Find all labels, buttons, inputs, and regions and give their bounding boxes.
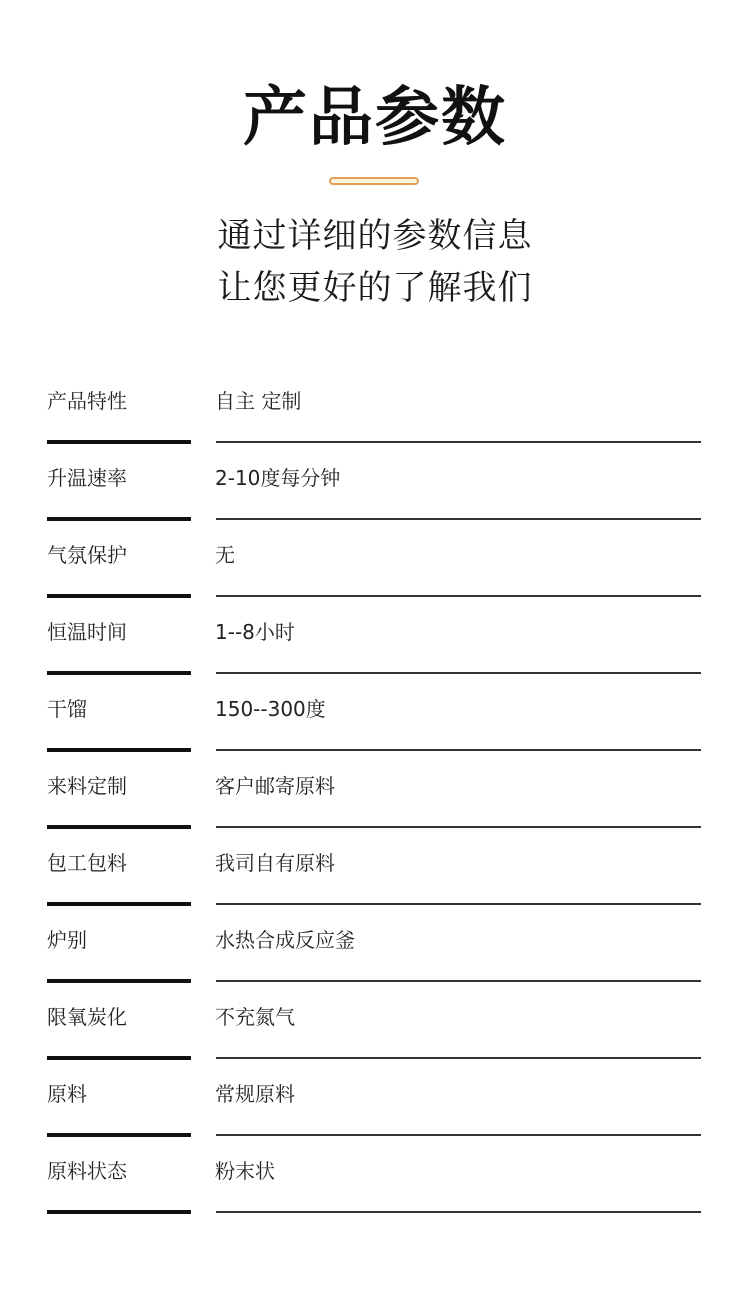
row-divider-thin xyxy=(216,1057,701,1059)
spec-row: 限氧炭化 不充氮气 xyxy=(0,984,750,1061)
spec-row: 恒温时间 1--8小时 xyxy=(0,599,750,676)
row-divider-bold xyxy=(47,1210,191,1214)
spec-table: 产品特性 自主 定制 升温速率 2-10度每分钟 气氛保护 无 恒温时间 1--… xyxy=(0,368,750,1215)
spec-value: 水热合成反应釜 xyxy=(215,925,355,955)
row-divider-thin xyxy=(216,1211,701,1213)
spec-label: 原料状态 xyxy=(47,1156,127,1186)
spec-value: 我司自有原料 xyxy=(215,848,335,878)
spec-label: 原料 xyxy=(47,1079,87,1109)
spec-row: 原料状态 粉末状 xyxy=(0,1138,750,1215)
spec-value: 150--300度 xyxy=(215,694,326,724)
row-divider-bold xyxy=(47,902,191,906)
row-divider-thin xyxy=(216,903,701,905)
spec-value: 2-10度每分钟 xyxy=(215,463,340,493)
row-divider-thin xyxy=(216,749,701,751)
spec-value: 自主 定制 xyxy=(215,386,301,416)
row-divider-bold xyxy=(47,748,191,752)
row-divider-bold xyxy=(47,1133,191,1137)
spec-value: 1--8小时 xyxy=(215,617,295,647)
row-divider-bold xyxy=(47,440,191,444)
spec-row: 产品特性 自主 定制 xyxy=(0,368,750,445)
row-divider-thin xyxy=(216,1134,701,1136)
row-divider-thin xyxy=(216,518,701,520)
row-divider-thin xyxy=(216,672,701,674)
subtitle-line-1: 通过详细的参数信息 xyxy=(0,210,750,262)
row-divider-thin xyxy=(216,826,701,828)
spec-label: 产品特性 xyxy=(47,386,127,416)
spec-row: 炉别 水热合成反应釜 xyxy=(0,907,750,984)
spec-label: 干馏 xyxy=(47,694,87,724)
spec-row: 来料定制 客户邮寄原料 xyxy=(0,753,750,830)
spec-label: 包工包料 xyxy=(47,848,127,878)
spec-label: 气氛保护 xyxy=(47,540,127,570)
spec-label: 限氧炭化 xyxy=(47,1002,127,1032)
spec-value: 常规原料 xyxy=(215,1079,295,1109)
spec-label: 升温速率 xyxy=(47,463,127,493)
spec-row: 升温速率 2-10度每分钟 xyxy=(0,445,750,522)
spec-value: 粉末状 xyxy=(215,1156,275,1186)
row-divider-bold xyxy=(47,1056,191,1060)
spec-value: 无 xyxy=(215,540,235,570)
row-divider-bold xyxy=(47,671,191,675)
spec-row: 干馏 150--300度 xyxy=(0,676,750,753)
title-accent-divider xyxy=(329,177,419,185)
spec-label: 恒温时间 xyxy=(47,617,127,647)
spec-row: 包工包料 我司自有原料 xyxy=(0,830,750,907)
spec-label: 来料定制 xyxy=(47,771,127,801)
subtitle-line-2: 让您更好的了解我们 xyxy=(0,262,750,314)
row-divider-bold xyxy=(47,517,191,521)
row-divider-thin xyxy=(216,595,701,597)
row-divider-thin xyxy=(216,980,701,982)
row-divider-bold xyxy=(47,979,191,983)
spec-value: 不充氮气 xyxy=(215,1002,295,1032)
spec-row: 气氛保护 无 xyxy=(0,522,750,599)
row-divider-bold xyxy=(47,594,191,598)
page-title: 产品参数 xyxy=(0,78,750,158)
row-divider-thin xyxy=(216,441,701,443)
spec-label: 炉别 xyxy=(47,925,87,955)
spec-row: 原料 常规原料 xyxy=(0,1061,750,1138)
row-divider-bold xyxy=(47,825,191,829)
spec-value: 客户邮寄原料 xyxy=(215,771,335,801)
